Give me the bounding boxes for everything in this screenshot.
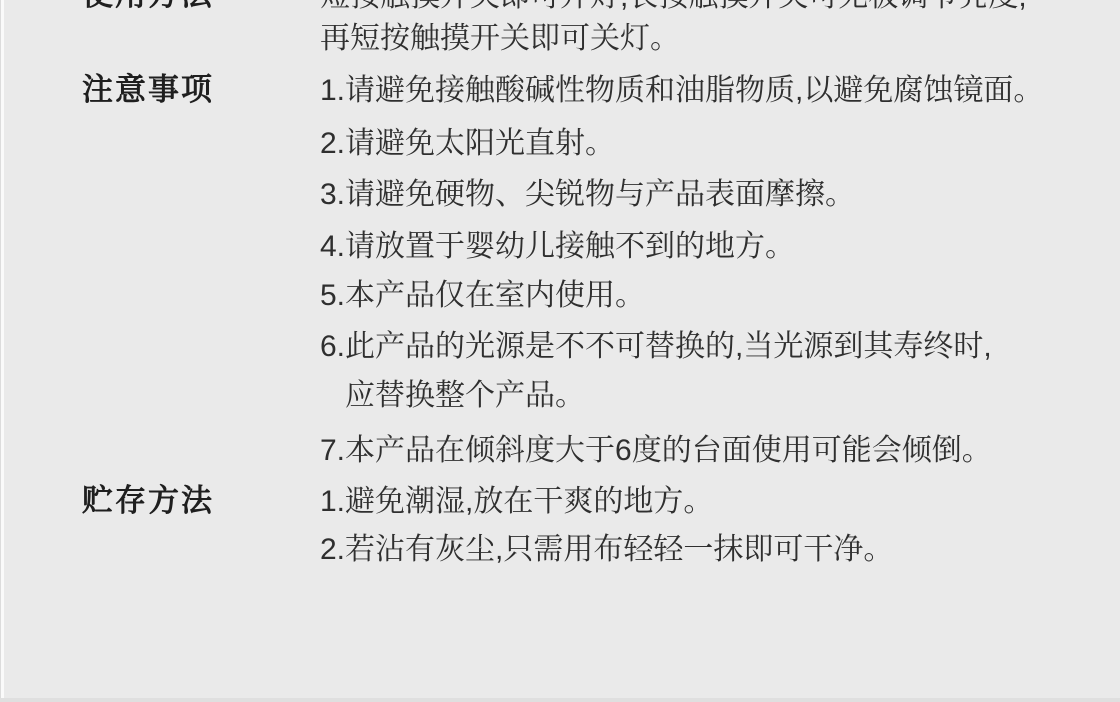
- left-edge-strip: [1, 0, 4, 702]
- precaution-item-7: 7.本产品在倾斜度大于6度的台面使用可能会倾倒。: [320, 436, 992, 466]
- storage-item-1: 1.避免潮湿,放在干爽的地方。: [320, 487, 713, 517]
- precaution-item-3: 3.请避免硬物、尖锐物与产品表面摩擦。: [320, 180, 855, 210]
- usage-line-1-clipped: 短按触摸开关即可开灯,长按触摸开关可无极调节亮度,: [320, 0, 1027, 12]
- precaution-item-5: 5.本产品仅在室内使用。: [320, 281, 645, 311]
- precaution-item-1: 1.请避免接触酸碱性物质和油脂物质,以避免腐蚀镜面。: [320, 76, 1043, 106]
- section-label-precautions: 注意事项: [82, 74, 214, 105]
- section-label-storage: 贮存方法: [82, 485, 214, 516]
- storage-item-2: 2.若沾有灰尘,只需用布轻轻一抹即可干净。: [320, 535, 893, 565]
- bottom-edge-strip: [0, 698, 1120, 702]
- precaution-item-6-line-1: 6.此产品的光源是不不可替换的,当光源到其寿终时,: [320, 332, 992, 362]
- precaution-item-4: 4.请放置于婴幼儿接触不到的地方。: [320, 232, 795, 262]
- precaution-item-6-line-2: 应替换整个产品。: [345, 381, 585, 411]
- usage-line-2: 再短按触摸开关即可关灯。: [320, 24, 680, 54]
- section-label-usage: 使用方法: [82, 0, 214, 10]
- product-instruction-sheet: 使用方法 短按触摸开关即可开灯,长按触摸开关可无极调节亮度, 再短按触摸开关即可…: [0, 0, 1120, 702]
- precaution-item-2: 2.请避免太阳光直射。: [320, 129, 615, 159]
